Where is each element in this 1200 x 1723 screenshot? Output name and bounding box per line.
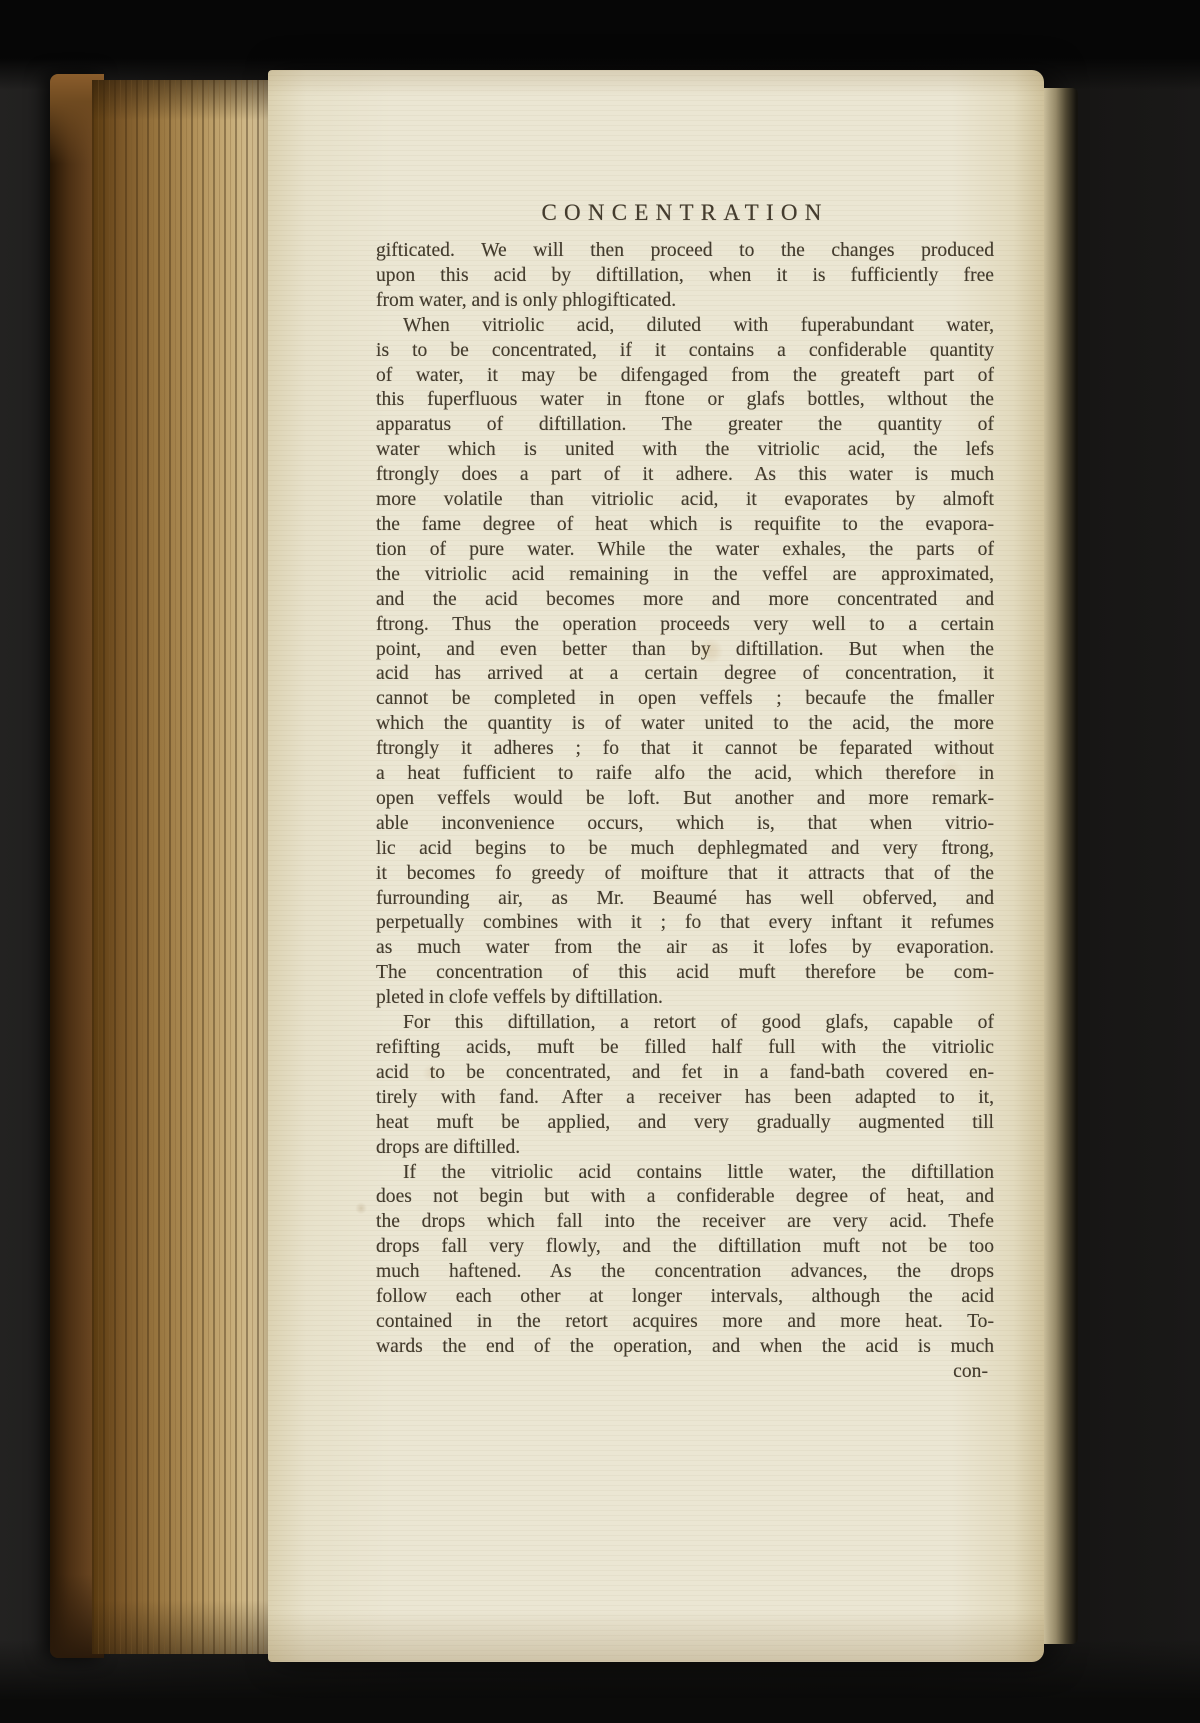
text-line: tirely with fand. After a receiver has b… xyxy=(376,1086,994,1111)
next-page-edge xyxy=(1044,88,1078,1644)
text-line: upon this acid by diftillation, when it … xyxy=(376,264,994,289)
text-line: lic acid begins to be much dephlegmated … xyxy=(376,837,994,862)
text-line: apparatus of diftillation. The greater t… xyxy=(376,413,994,438)
text-line: water which is united with the vitriolic… xyxy=(376,438,994,463)
text-line: wards the end of the operation, and when… xyxy=(376,1335,994,1360)
text-line: it becomes fo greedy of moifture that it… xyxy=(376,862,994,887)
text-line: furrounding air, as Mr. Beaumé has well … xyxy=(376,887,994,912)
text-line: point, and even better than by diftillat… xyxy=(376,638,994,663)
text-line: acid has arrived at a certain degree of … xyxy=(376,662,994,687)
text-line: drops are diftilled. xyxy=(376,1136,994,1161)
text-line: open veffels would be loft. But another … xyxy=(376,787,994,812)
text-line: gifticated. We will then proceed to the … xyxy=(376,239,994,264)
text-line: does not begin but with a confiderable d… xyxy=(376,1185,994,1210)
page-heading: CONCENTRATION xyxy=(376,200,994,226)
text-line: When vitriolic acid, diluted with fupera… xyxy=(376,314,994,339)
text-line: more volatile than vitriolic acid, it ev… xyxy=(376,488,994,513)
text-line: drops fall very flowly, and the diftilla… xyxy=(376,1235,994,1260)
text-line: which the quantity is of water united to… xyxy=(376,712,994,737)
text-line: this fuperfluous water in ftone or glafs… xyxy=(376,388,994,413)
text-line: acid to be concentrated, and fet in a fa… xyxy=(376,1061,994,1086)
text-line: the fame degree of heat which is requifi… xyxy=(376,513,994,538)
text-line: able inconvenience occurs, which is, tha… xyxy=(376,812,994,837)
page-text: gifticated. We will then proceed to the … xyxy=(376,239,994,1360)
page-edge-stack xyxy=(92,80,292,1654)
text-line: as much water from the air as it lofes b… xyxy=(376,936,994,961)
text-line: the vitriolic acid remaining in the veff… xyxy=(376,563,994,588)
text-line: from water, and is only phlogifticated. xyxy=(376,289,994,314)
text-line: pleted in clofe veffels by diftillation. xyxy=(376,986,994,1011)
photo-background: CONCENTRATION gifticated. We will then p… xyxy=(0,0,1200,1723)
text-line: perpetually combines with it ; fo that e… xyxy=(376,911,994,936)
text-line: For this diftillation, a retort of good … xyxy=(376,1011,994,1036)
page-text-area: CONCENTRATION gifticated. We will then p… xyxy=(376,200,994,1385)
text-line: ftrong. Thus the operation proceeds very… xyxy=(376,613,994,638)
text-line: The concentration of this acid muft ther… xyxy=(376,961,994,986)
text-line: of water, it may be difengaged from the … xyxy=(376,364,994,389)
text-line: If the vitriolic acid contains little wa… xyxy=(376,1161,994,1186)
text-line: the drops which fall into the receiver a… xyxy=(376,1210,994,1235)
text-line: much haftened. As the concentration adva… xyxy=(376,1260,994,1285)
text-line: contained in the retort acquires more an… xyxy=(376,1310,994,1335)
text-line: heat muft be applied, and very gradually… xyxy=(376,1111,994,1136)
book-page: CONCENTRATION gifticated. We will then p… xyxy=(268,70,1044,1662)
text-line: follow each other at longer intervals, a… xyxy=(376,1285,994,1310)
text-line: ftrongly does a part of it adhere. As th… xyxy=(376,463,994,488)
text-line: and the acid becomes more and more conce… xyxy=(376,588,994,613)
text-line: is to be concentrated, if it contains a … xyxy=(376,339,994,364)
text-line: ftrongly it adheres ; fo that it cannot … xyxy=(376,737,994,762)
text-line: cannot be completed in open veffels ; be… xyxy=(376,687,994,712)
text-line: tion of pure water. While the water exha… xyxy=(376,538,994,563)
text-line: refifting acids, muft be filled half ful… xyxy=(376,1036,994,1061)
catchword: con- xyxy=(376,1360,994,1385)
text-line: a heat fufficient to raife alfo the acid… xyxy=(376,762,994,787)
